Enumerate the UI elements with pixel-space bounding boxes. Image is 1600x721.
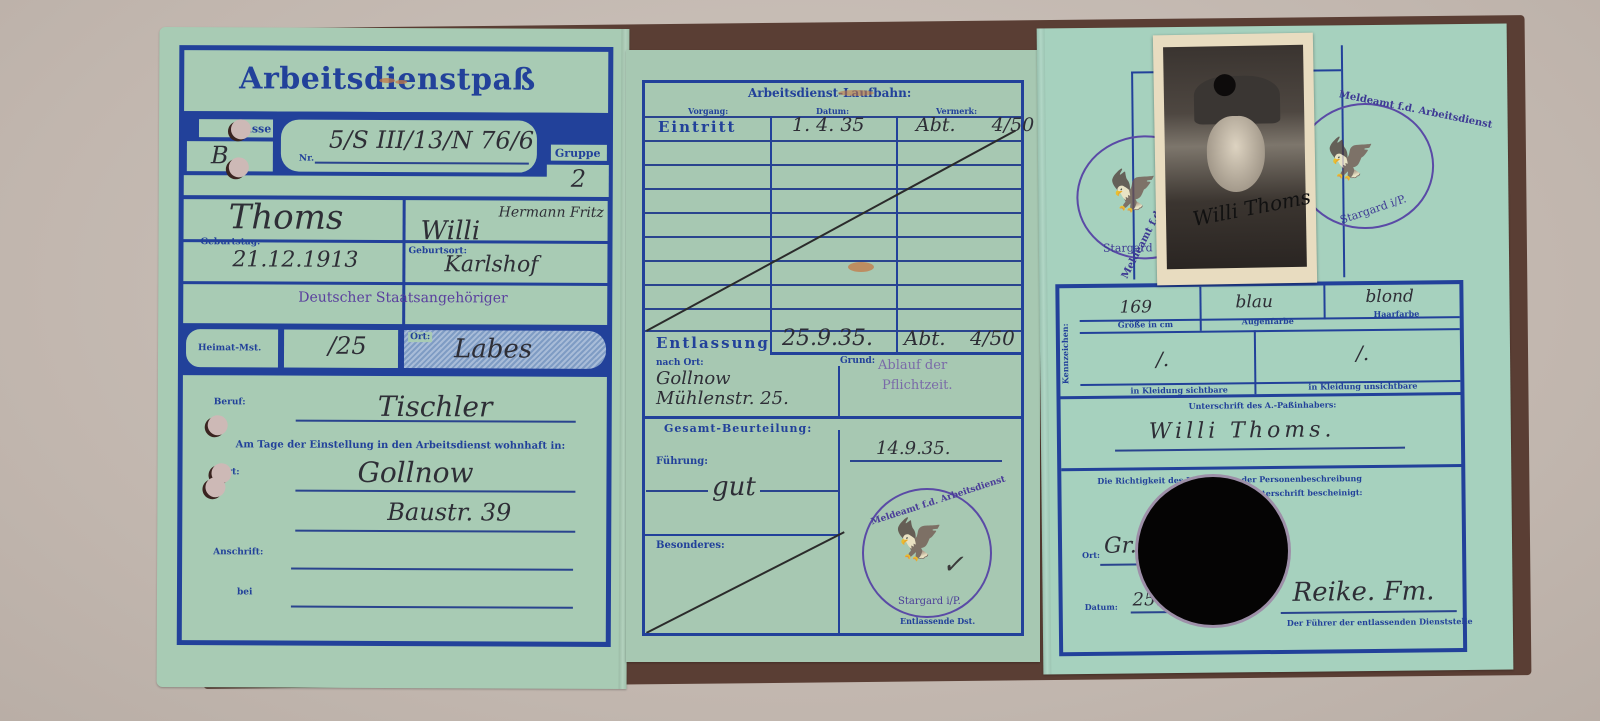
eintritt-label: Eintritt <box>658 118 736 136</box>
table-rule <box>644 140 1022 142</box>
ort-label: Ort: <box>408 332 432 342</box>
groesse-label: Größe in cm <box>1118 319 1173 330</box>
haarfarbe-label: Haarfarbe <box>1374 308 1420 318</box>
stain <box>838 90 874 96</box>
stain <box>379 78 395 83</box>
gesamt-label: Gesamt-Beurteilung: <box>664 422 812 435</box>
birthdate-label: Geburtstag: <box>200 237 260 247</box>
grund-label: Grund: <box>840 356 875 366</box>
entlassende-label: Entlassende Dst. <box>900 616 975 626</box>
nach-ort-label: nach Ort: <box>656 358 704 368</box>
cert-datum-label: Datum: <box>1085 602 1118 612</box>
nr-value: 5/S III/13/N 76/6 <box>329 126 534 155</box>
residence-street-value: Baustr. 39 <box>387 498 511 527</box>
nationality-stamp: Deutscher Staatsangehöriger <box>298 290 508 307</box>
grund-value-2: Pflichtzeit. <box>882 378 953 393</box>
photo-image: Willi Thoms <box>1163 45 1307 269</box>
ort-value: Labes <box>454 334 532 364</box>
divider <box>644 534 840 536</box>
fuehrung-label: Führung: <box>656 456 708 467</box>
augenfarbe-label: Augenfarbe <box>1242 316 1294 327</box>
leader-label: Der Führer der entlassenden Dienststelle <box>1287 616 1473 628</box>
kennzeichen-label: Kennzeichen: <box>1060 323 1071 384</box>
grund-value-1: Ablauf der <box>878 358 947 373</box>
surname-value: Thoms <box>229 197 344 238</box>
beruf-value: Tischler <box>378 390 493 423</box>
divider <box>838 366 840 416</box>
unsichtbare-label: in Kleidung unsichtbare <box>1308 381 1417 392</box>
table-rule <box>644 308 1022 310</box>
punch-hole <box>208 415 228 435</box>
nach-ort-value: Gollnow <box>656 368 731 389</box>
anschrift-label: Anschrift: <box>213 547 263 557</box>
photo-face <box>1206 115 1265 192</box>
table-rule <box>644 188 1022 190</box>
beruf-label: Beruf: <box>214 397 246 407</box>
birthdate-value: 21.12.1913 <box>232 247 358 273</box>
eintritt-vermerk: Abt. 4/50 <box>916 114 1034 136</box>
table-bottom-rule <box>770 352 1024 355</box>
eintritt-date: 1. 4. 35 <box>792 114 865 136</box>
gruppe-value: 2 <box>571 165 586 193</box>
nach-ort-street: Mühlenstr. 25. <box>656 388 789 409</box>
heimat-label: Heimat-Mst. <box>198 343 261 353</box>
entlassung-date: 25.9.35. <box>782 326 873 351</box>
unsichtbare-value: /. <box>1356 341 1369 365</box>
middle-page: Arbeitsdienst-Laufbahn: Vorgang: Datum: … <box>626 50 1040 662</box>
photo-signature: Willi Thoms <box>1191 185 1313 231</box>
signature-label: Unterschrift des A.-Paßinhabers: <box>1189 399 1337 411</box>
residence-ort-value: Gollnow <box>357 456 473 490</box>
heimat-value: /25 <box>328 332 367 360</box>
eagle-emblem-icon: 🦅 <box>1326 135 1376 183</box>
table-rule <box>644 284 1022 286</box>
residence-label: Am Tage der Einstellung in den Arbeitsdi… <box>236 439 566 451</box>
entlassung-vermerk: Abt. 4/50 <box>904 326 1015 350</box>
table-rule <box>644 164 1022 166</box>
table-rule <box>644 236 1022 238</box>
gruppe-label: Gruppe <box>555 147 601 160</box>
groesse-value: 169 <box>1119 297 1152 317</box>
divider <box>644 416 1024 419</box>
table-rule <box>644 212 1022 214</box>
augenfarbe-value: blau <box>1235 292 1273 312</box>
klasse-value: B <box>211 141 229 169</box>
left-page: Arbeitsdienstpaß Klasse B Nr. 5/S III/13… <box>157 27 630 689</box>
besonderes-label: Besonderes: <box>656 540 725 551</box>
bei-label: bei <box>237 587 252 597</box>
stain <box>395 80 407 84</box>
beurteilung-date: 14.9.35. <box>876 438 950 459</box>
stamp-text-bottom: Stargard i/P. <box>898 596 961 607</box>
divider <box>402 198 406 330</box>
frame-bottom <box>642 633 1024 636</box>
eagle-emblem-icon: 🦅 <box>1108 167 1158 215</box>
leader-signature: Reike. Fm. <box>1292 576 1434 607</box>
birthplace-value: Karlshof <box>444 252 538 277</box>
id-photo: Willi Thoms <box>1153 33 1317 286</box>
haarfarbe-value: blond <box>1365 287 1414 308</box>
date-line <box>850 460 1002 462</box>
holder-signature: Willi Thoms. <box>1149 417 1336 444</box>
punch-hole <box>229 157 249 177</box>
table-col-divider <box>896 116 898 352</box>
cert-ort-label: Ort: <box>1082 550 1100 560</box>
punch-hole <box>205 477 225 497</box>
official-signature: ✓ <box>942 550 964 580</box>
stain <box>848 262 874 272</box>
table-col-divider <box>770 116 772 352</box>
entlassung-label: Entlassung <box>656 334 770 352</box>
censor-dot <box>1138 477 1288 625</box>
col-vorgang: Vorgang: <box>688 106 728 116</box>
fuehrung-value: gut <box>708 472 760 502</box>
sichtbare-value: /. <box>1156 347 1169 371</box>
punch-hole <box>231 119 251 139</box>
eagle-emblem-icon: 🦅 <box>894 516 944 563</box>
table-rule <box>644 260 1022 262</box>
nr-label: Nr. <box>299 154 314 164</box>
laufbahn-title: Arbeitsdienst-Laufbahn: <box>748 86 911 100</box>
given-name-extra: Hermann Fritz <box>499 204 609 221</box>
